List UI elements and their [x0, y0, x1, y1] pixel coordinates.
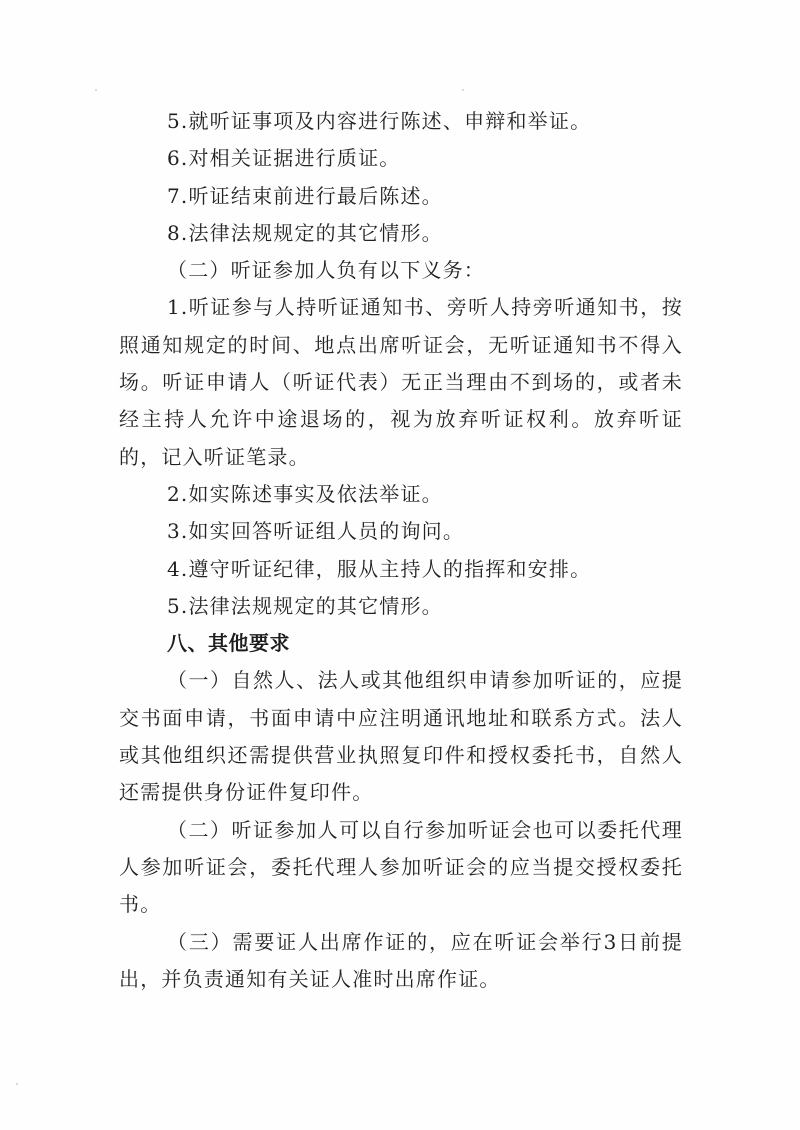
scan-speck — [16, 1083, 18, 1085]
document-page: 5.就听证事项及内容进行陈述、申辩和举证。 6.对相关证据进行质证。 7.听证结… — [0, 0, 800, 1130]
rights-item-8: 8.法律法规规定的其它情形。 — [119, 215, 683, 252]
requirement-item-3: （三）需要证人出席作证的，应在听证会举行3日前提出，并负责通知有关证人准时出席作… — [119, 924, 683, 999]
obligation-item-2: 2.如实陈述事实及依法举证。 — [119, 476, 683, 513]
obligations-subheading: （二）听证参加人负有以下义务： — [119, 252, 683, 289]
document-body: 5.就听证事项及内容进行陈述、申辩和举证。 6.对相关证据进行质证。 7.听证结… — [119, 103, 683, 998]
obligation-item-5: 5.法律法规规定的其它情形。 — [119, 588, 683, 625]
section-8-heading: 八、其他要求 — [119, 625, 683, 662]
rights-item-7: 7.听证结束前进行最后陈述。 — [119, 178, 683, 215]
scan-speck — [462, 89, 464, 91]
rights-item-6: 6.对相关证据进行质证。 — [119, 140, 683, 177]
requirement-item-1: （一）自然人、法人或其他组织申请参加听证的，应提交书面申请，书面申请中应注明通讯… — [119, 662, 683, 811]
rights-item-5: 5.就听证事项及内容进行陈述、申辩和举证。 — [119, 103, 683, 140]
obligation-item-4: 4.遵守听证纪律，服从主持人的指挥和安排。 — [119, 551, 683, 588]
obligation-item-1: 1.听证参与人持听证通知书、旁听人持旁听通知书，按照通知规定的时间、地点出席听证… — [119, 289, 683, 475]
obligation-item-3: 3.如实回答听证组人员的询问。 — [119, 513, 683, 550]
scan-speck — [95, 89, 97, 91]
requirement-item-2: （二）听证参加人可以自行参加听证会也可以委托代理人参加听证会，委托代理人参加听证… — [119, 812, 683, 924]
